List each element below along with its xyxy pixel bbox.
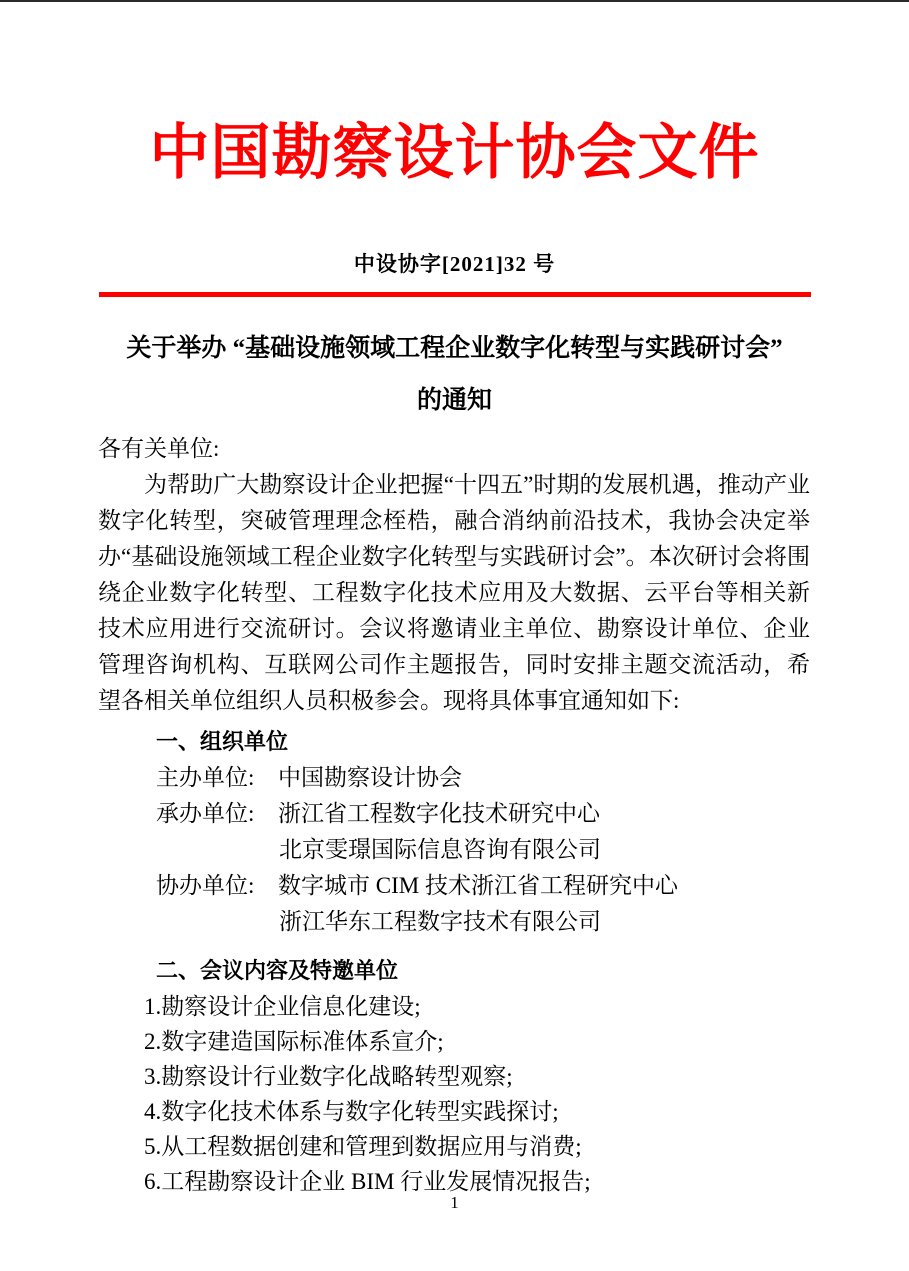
- organizer-row-host: 主办单位:中国勘察设计协会: [98, 760, 810, 796]
- masthead-title: 中国勘察设计协会文件: [0, 0, 909, 188]
- document-page: 中国勘察设计协会文件 中设协字[2021]32 号 关于举办 “基础设施领域工程…: [0, 0, 909, 1271]
- organizer-name-continued: 浙江华东工程数字技术有限公司: [98, 904, 810, 940]
- topic-item-2: 2.数字建造国际标准体系宣介;: [98, 1024, 810, 1059]
- notice-title: 关于举办 “基础设施领域工程企业数字化转型与实践研讨会” 的通知: [0, 323, 909, 427]
- organizer-name-continued: 北京雯璟国际信息咨询有限公司: [98, 832, 810, 868]
- organizer-role-label: 主办单位:: [156, 760, 264, 796]
- topic-item-3: 3.勘察设计行业数字化战略转型观察;: [98, 1059, 810, 1094]
- red-separator-rule: [99, 292, 811, 297]
- page-top-edge-line: [0, 0, 909, 2]
- topic-item-4: 4.数字化技术体系与数字化转型实践探讨;: [98, 1094, 810, 1129]
- topic-item-1: 1.勘察设计企业信息化建设;: [98, 989, 810, 1024]
- organizer-role-label: 承办单位:: [156, 796, 264, 832]
- section-2-heading: 二、会议内容及特邀单位: [98, 953, 810, 989]
- section-1-heading: 一、组织单位: [98, 724, 810, 760]
- page-number: 1: [0, 1193, 909, 1213]
- organizer-row-coorganizer: 协办单位:数字城市 CIM 技术浙江省工程研究中心: [98, 868, 810, 904]
- topic-item-5: 5.从工程数据创建和管理到数据应用与消费;: [98, 1129, 810, 1164]
- organizer-row-undertaker: 承办单位:浙江省工程数字化技术研究中心: [98, 796, 810, 832]
- organizer-role-label: 协办单位:: [156, 868, 264, 904]
- organizer-name: 数字城市 CIM 技术浙江省工程研究中心: [278, 873, 678, 898]
- notice-title-line2: 的通知: [0, 375, 909, 427]
- salutation: 各有关单位:: [98, 431, 810, 467]
- intro-paragraph: 为帮助广大勘察设计企业把握“十四五”时期的发展机遇，推动产业数字化转型，突破管理…: [98, 467, 810, 719]
- document-reference-number: 中设协字[2021]32 号: [0, 250, 909, 278]
- organizer-name: 浙江省工程数字化技术研究中心: [278, 801, 600, 826]
- organizer-name: 中国勘察设计协会: [278, 765, 462, 790]
- document-body: 各有关单位: 为帮助广大勘察设计企业把握“十四五”时期的发展机遇，推动产业数字化…: [98, 431, 810, 1199]
- notice-title-line1: 关于举办 “基础设施领域工程企业数字化转型与实践研讨会”: [0, 323, 909, 375]
